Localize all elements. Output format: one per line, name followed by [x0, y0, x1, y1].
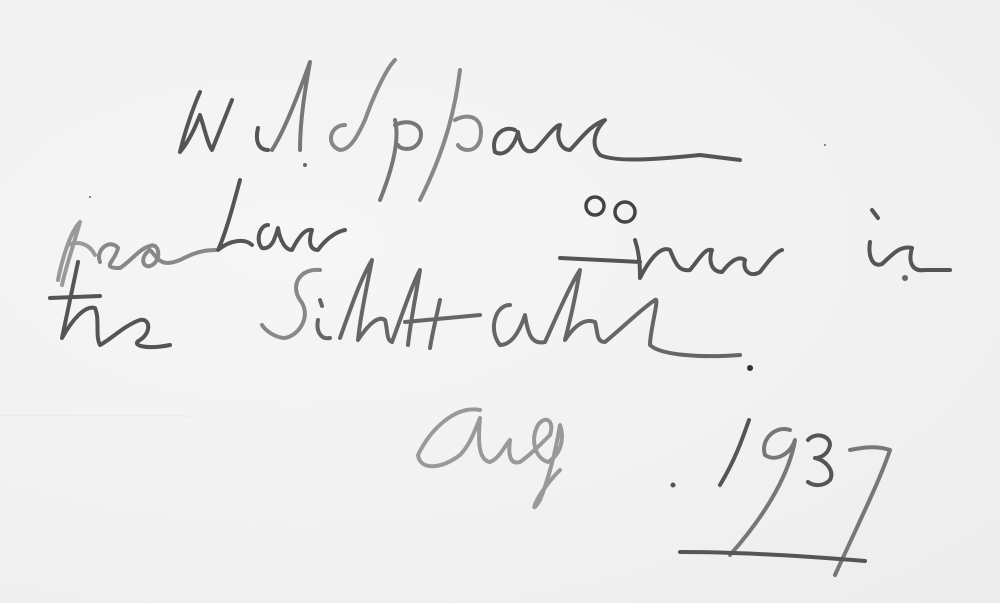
handwriting [0, 0, 1000, 603]
paper-speckles [89, 144, 908, 281]
line-the-sihltahl [50, 260, 753, 371]
line-near-langnau-in [58, 180, 950, 285]
line-wildpark [180, 60, 740, 200]
line-aug-1937 [418, 409, 890, 575]
